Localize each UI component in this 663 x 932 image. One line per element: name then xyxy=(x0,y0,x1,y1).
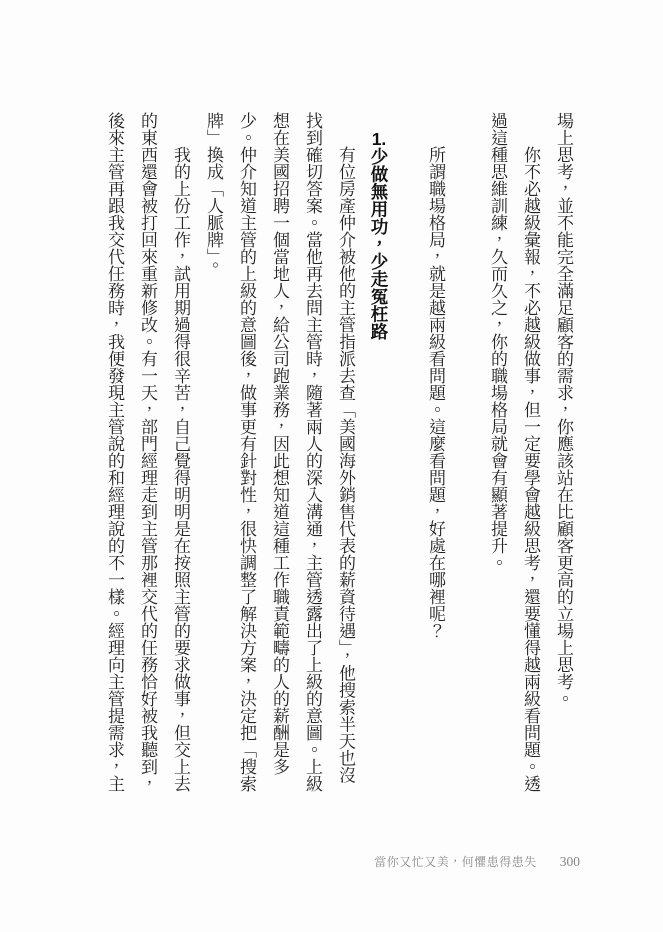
section-heading: 1.少做無用功，少走冤枉路 xyxy=(362,112,395,792)
paragraph-continuation: 場上思考，並不能完全滿足顧客的需求，你應該站在比顧客更高的立場上思考。 xyxy=(547,112,580,792)
section-heading-number: 1. xyxy=(369,130,389,148)
paragraph-definition: 所謂職場格局，就是越兩級看問題。這麼看問題，好處在哪裡呢？ xyxy=(419,112,452,792)
running-book-title: 當你又忙又美，何懼患得患失 xyxy=(374,853,537,870)
book-page: 場上思考，並不能完全滿足顧客的需求，你應該站在比顧客更高的立場上思考。 你不必越… xyxy=(0,0,663,932)
paragraph-story: 有位房產仲介被他的主管指派去查「美國海外銷售代表的薪資待遇」，他搜索半天也沒找到… xyxy=(197,112,362,792)
section-heading-title: 少做無用功，少走冤枉路 xyxy=(369,147,389,340)
page-footer: 當你又忙又美，何懼患得患失 300 xyxy=(374,853,580,870)
paragraph-overview: 你不必越級彙報，不必越級做事，但一定要學會越級思考，還要懂得越兩級看問題。透過這… xyxy=(481,112,547,792)
page-body-text: 場上思考，並不能完全滿足顧客的需求，你應該站在比顧客更高的立場上思考。 你不必越… xyxy=(98,112,580,792)
page-number: 300 xyxy=(560,854,580,870)
paragraph-personal: 我的上份工作，試用期過得很辛苦，自己覺得明明是在按照主管的要求做事，但交上去的東… xyxy=(98,112,197,792)
